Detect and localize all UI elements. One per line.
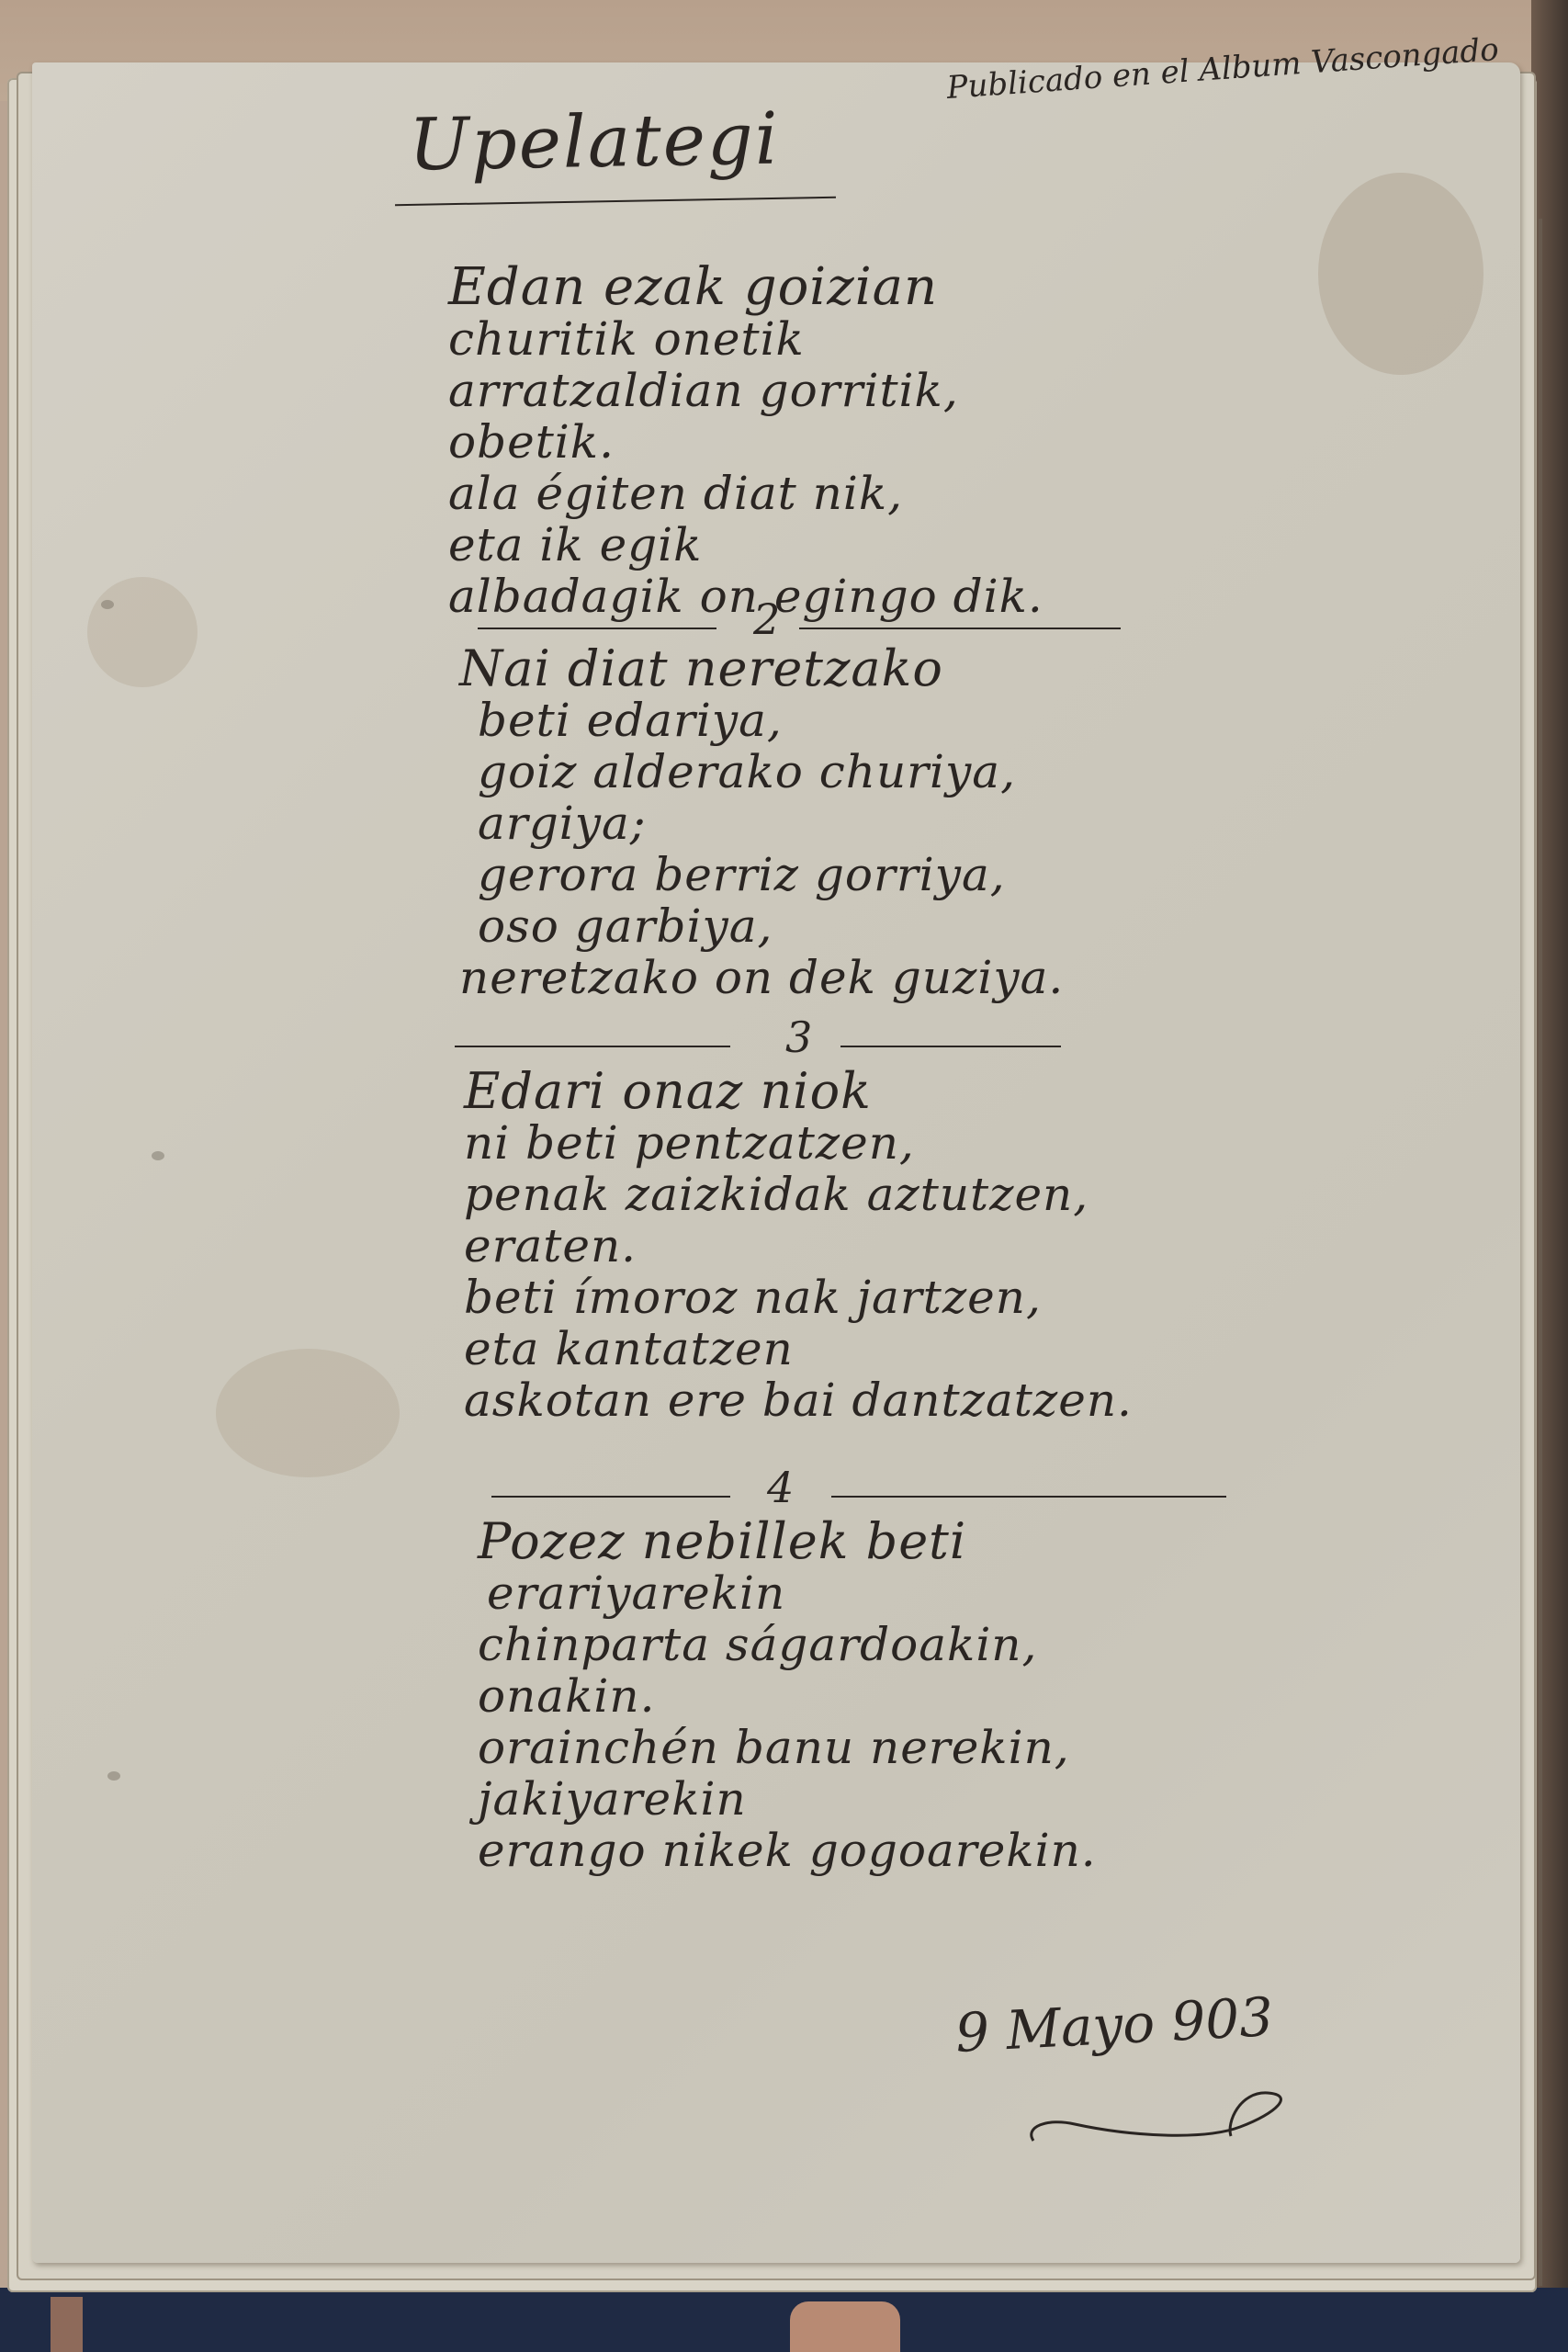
paper-stain xyxy=(87,577,197,687)
finger xyxy=(790,2301,900,2352)
verse-line: beti edariya, xyxy=(459,695,1064,746)
verse-line: ala égiten diat nik, xyxy=(448,468,1043,519)
stanza-number: 4 xyxy=(767,1463,794,1512)
verse-line: eta ik egik xyxy=(448,519,1043,571)
signature-flourish xyxy=(1020,2086,1295,2159)
verse-line: oso garbiya, xyxy=(459,900,1064,952)
stanza-number: 2 xyxy=(753,594,780,644)
verse-line: eta kantatzen xyxy=(464,1323,1133,1374)
stanza-4: Pozez nebillek beti erariyarekin chinpar… xyxy=(478,1516,1097,1876)
verse-line: erango nikek gogoarekin. xyxy=(478,1825,1097,1876)
binding-hole xyxy=(101,600,114,609)
verse-line: gerora berriz gorriya, xyxy=(459,849,1064,900)
binding-hole xyxy=(107,1771,120,1781)
stanza-separator: 3 xyxy=(455,1020,1098,1057)
poem-title: Upelategi xyxy=(408,97,780,187)
separator-rule xyxy=(840,1046,1061,1047)
verse-line: Edan ezak goizian xyxy=(448,262,1043,313)
finger xyxy=(51,2297,83,2352)
verse-line: onakin. xyxy=(478,1670,1097,1722)
background-shadow xyxy=(1531,0,1568,2352)
verse-line: goiz alderako churiya, xyxy=(459,746,1064,797)
verse-line: erariyarekin xyxy=(478,1567,1097,1619)
verse-line: obetik. xyxy=(448,416,1043,468)
verse-line: Nai diat neretzako xyxy=(459,643,1064,695)
separator-rule xyxy=(831,1496,1226,1498)
page-edge xyxy=(1539,219,1542,2286)
verse-line: jakiyarekin xyxy=(478,1773,1097,1825)
stanza-3: Edari onaz niok ni beti pentzatzen, pena… xyxy=(464,1066,1133,1426)
verse-line: askotan ere bai dantzatzen. xyxy=(464,1374,1133,1426)
background-cloth xyxy=(0,2288,1568,2352)
verse-line: Pozez nebillek beti xyxy=(478,1516,1097,1567)
binding-hole xyxy=(152,1151,164,1160)
verse-line: ni beti pentzatzen, xyxy=(464,1117,1133,1169)
stanza-separator: 2 xyxy=(478,602,1121,639)
verse-line: chinparta ságardoakin, xyxy=(478,1619,1097,1670)
stanza-separator: 4 xyxy=(491,1470,1318,1507)
separator-rule xyxy=(799,628,1121,629)
verse-line: neretzako on dek guziya. xyxy=(459,952,1064,1003)
verse-line: arratzaldian gorritik, xyxy=(448,365,1043,416)
stanza-1: Edan ezak goizian churitik onetik arratz… xyxy=(448,262,1043,622)
paper-stain xyxy=(216,1349,400,1477)
separator-rule xyxy=(455,1046,730,1047)
verse-line: beti ímoroz nak jartzen, xyxy=(464,1272,1133,1323)
stanza-number: 3 xyxy=(785,1012,812,1062)
stanza-2: Nai diat neretzako beti edariya, goiz al… xyxy=(459,643,1064,1003)
separator-rule xyxy=(491,1496,730,1498)
separator-rule xyxy=(478,628,716,629)
verse-line: Edari onaz niok xyxy=(464,1066,1133,1117)
verse-line: orainchén banu nerekin, xyxy=(478,1722,1097,1773)
paper-damage xyxy=(1318,173,1483,375)
verse-line: argiya; xyxy=(459,797,1064,849)
verse-line: penak zaizkidak aztutzen, xyxy=(464,1169,1133,1220)
verse-line: eraten. xyxy=(464,1220,1133,1272)
verse-line: churitik onetik xyxy=(448,313,1043,365)
